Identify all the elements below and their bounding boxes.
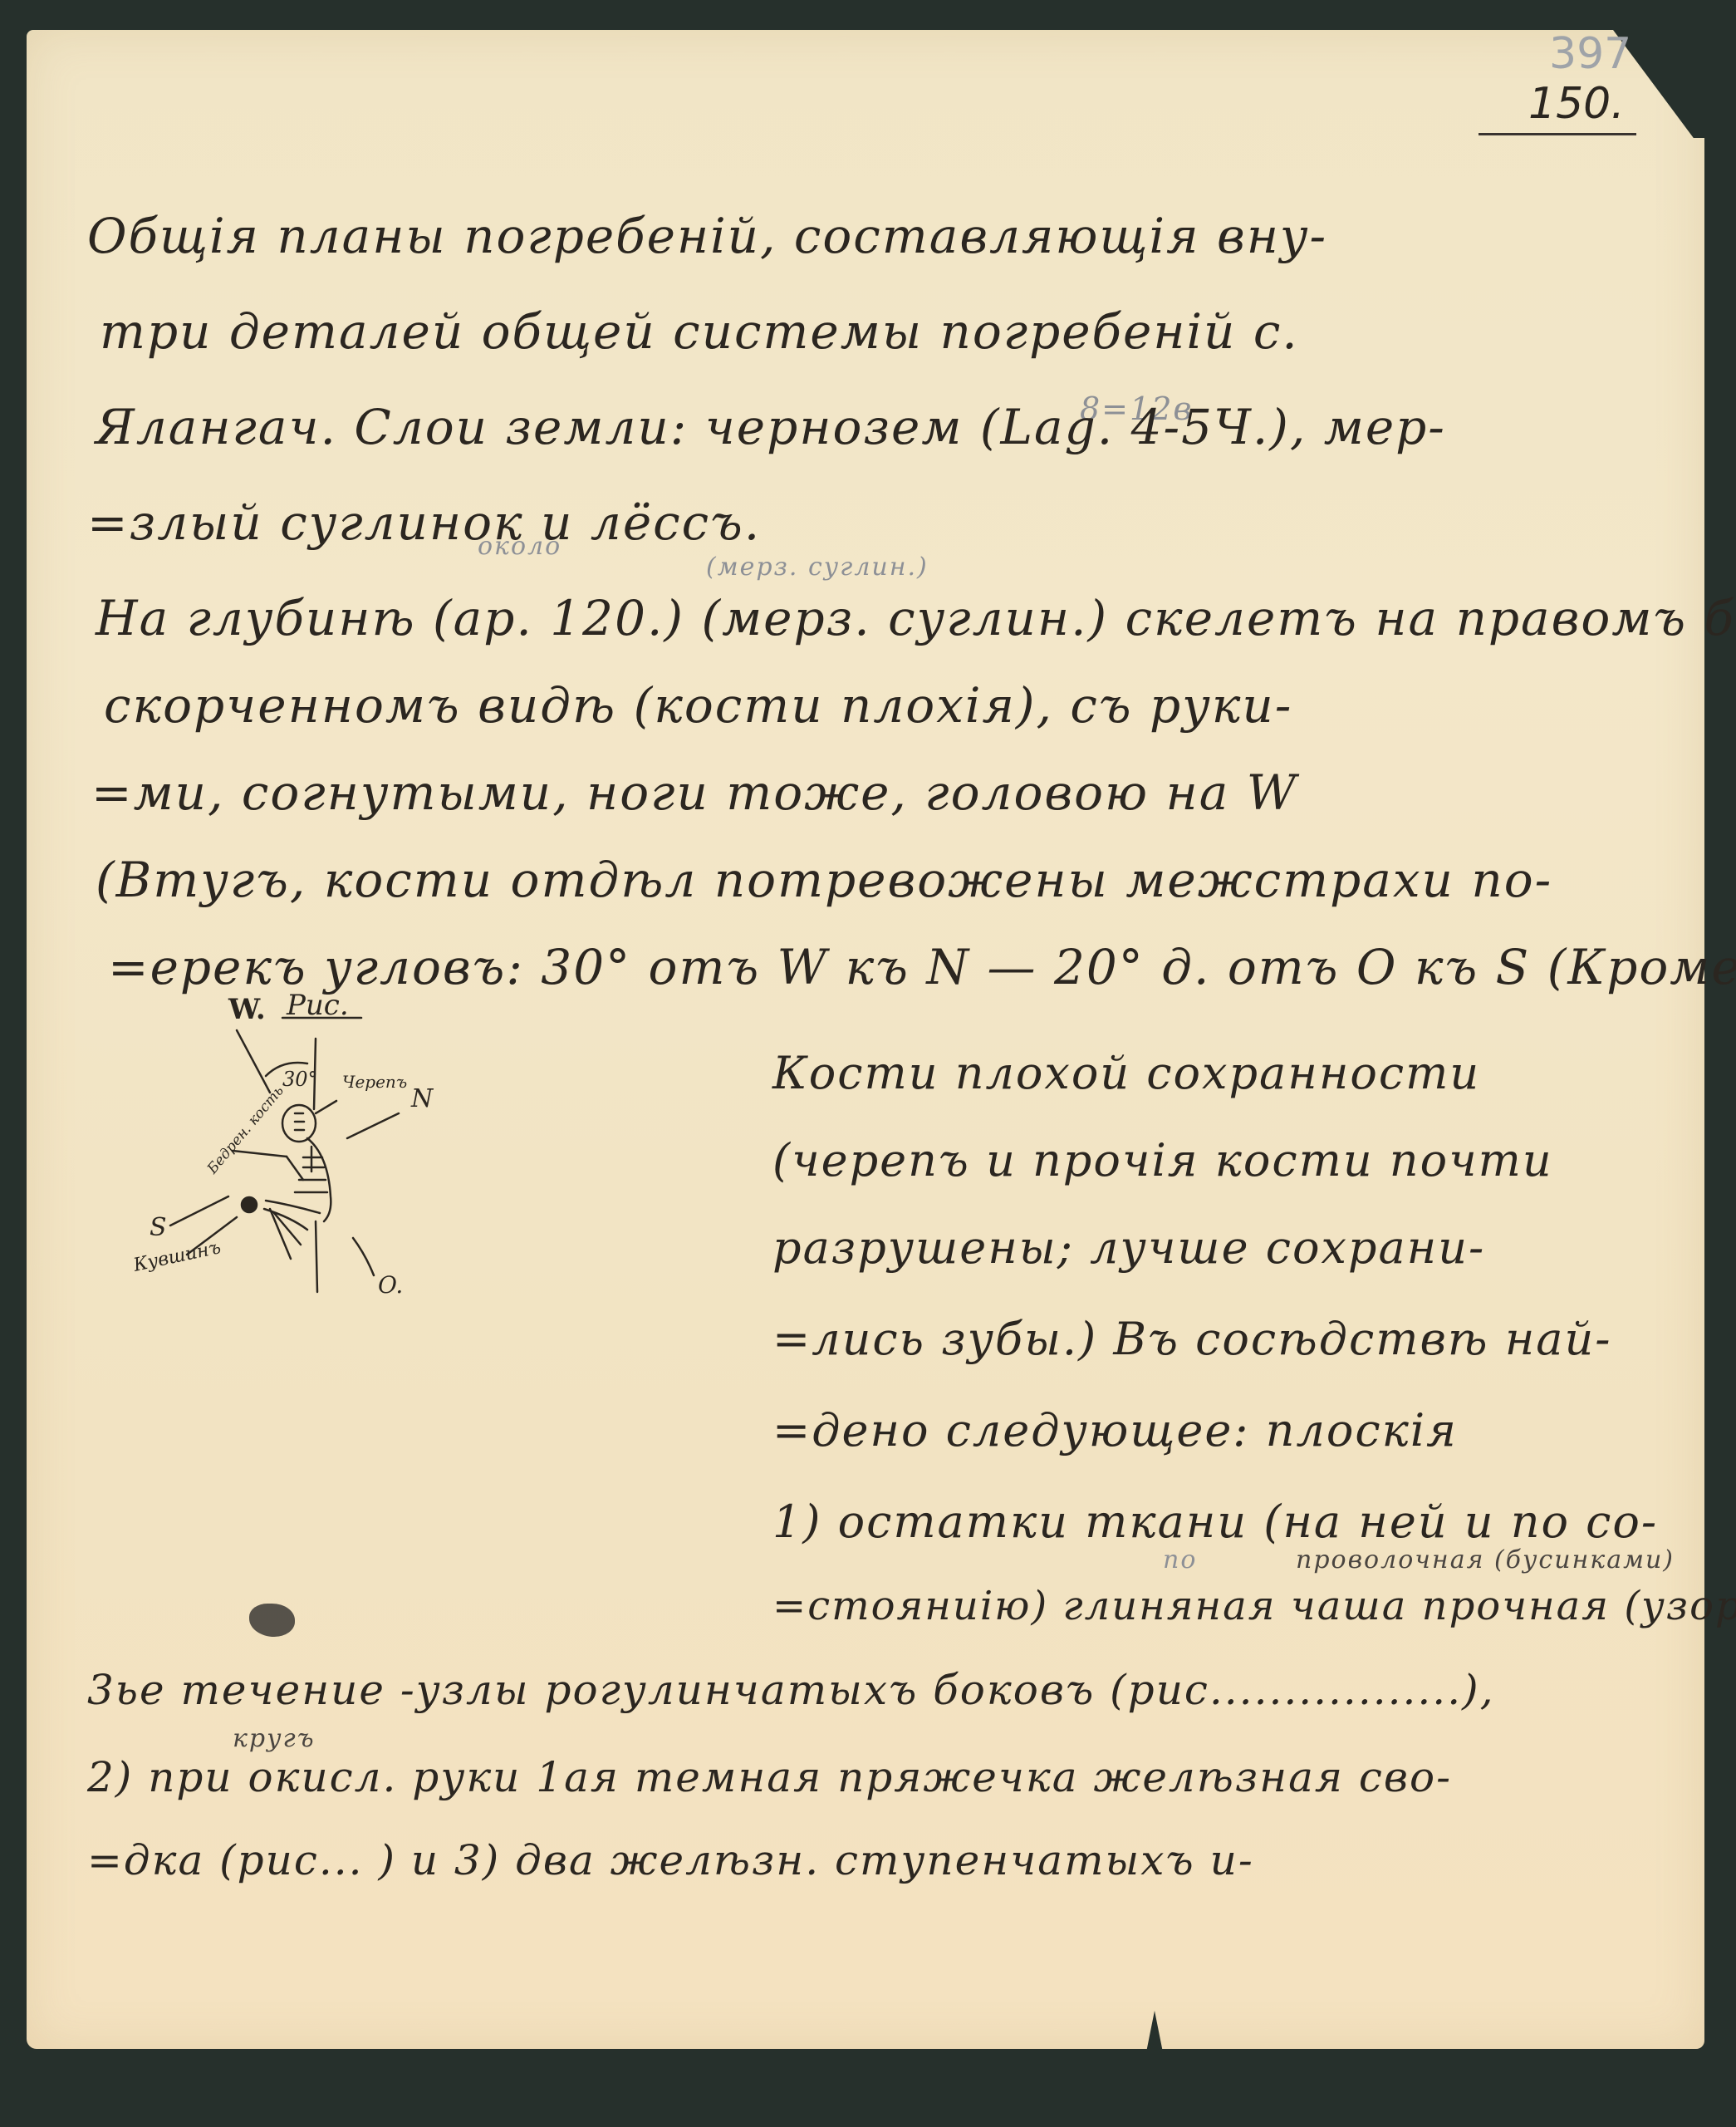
sketch-east-label: O. [378,1271,403,1299]
text-line-17: 3ье течениe -узлы рогулинчатыхъ боковъ (… [87,1666,1494,1714]
text-line-12: разрушены; лучше сохрани- [772,1221,1485,1274]
text-line-18: 2) при окисл. руки 1ая темная пряжечка ж… [87,1753,1452,1801]
text-line-1: Общiя планы погребенiй, составляющiя вну… [87,208,1327,264]
interlinear-note-po: по [1163,1545,1197,1574]
text-line-8: (Втугъ, кости отдѣл потревожены межстрах… [96,852,1552,908]
text-line-4: =злый суглинок и лёссъ. [87,494,761,551]
sketch-figure-label: Рис. [287,989,349,1022]
text-line-19: =дка (рис... ) и 3) два желѣзн. ступенча… [87,1836,1254,1884]
text-line-3: Ялангач. Слои земли: чернозем (Lag. 4-5Ч… [96,399,1446,455]
sketch-north-label: N [411,1084,433,1113]
interlinear-note-wire: проволочная (бусинками) [1296,1545,1675,1574]
sketch-west-label: W. [228,993,266,1026]
text-line-6: скорченномъ видѣ (кости плохiя), съ руки… [104,677,1292,734]
text-line-16: =стояниiю) глиняная чаша прочная (узорна… [772,1583,1736,1629]
skeleton-drawing-icon [125,980,789,1562]
sketch-angle-label: 30° [282,1068,318,1091]
text-line-15: 1) остатки ткани (на ней и по со- [772,1496,1658,1548]
paper-notch [1146,2011,1163,2052]
sketch-skull-label: Черепъ [342,1072,407,1092]
interlinear-note-around: около [478,532,562,561]
interlinear-note-soil: (мерз. суглин.) [706,553,929,582]
folio-underline [1479,133,1636,135]
text-line-14: =дено следующее: плоскiя [772,1404,1458,1456]
text-line-2: три деталей общей системы погребенiй с. [100,303,1299,360]
burial-sketch: W. Рис. 30° Черепъ N Бедрен. кость S Кув… [125,980,789,1562]
folio-number: 150. [1528,79,1625,129]
text-line-11: (черепъ и прочiя кости почти [772,1134,1553,1186]
text-line-10: Кости плохой сохранности [772,1047,1480,1099]
sketch-south-label: S [150,1213,167,1242]
text-line-7: =ми, согнутыми, ноги тоже, головою на W [91,764,1297,821]
folio-old-number: 397 [1549,29,1631,79]
text-line-5: На глубинѣ (ар. 120.) (мерз. суглин.) ск… [96,590,1736,646]
interlinear-note-circle: кругъ [233,1724,316,1753]
text-line-13: =лись зубы.) Въ сосѣдствѣ най- [772,1313,1612,1365]
